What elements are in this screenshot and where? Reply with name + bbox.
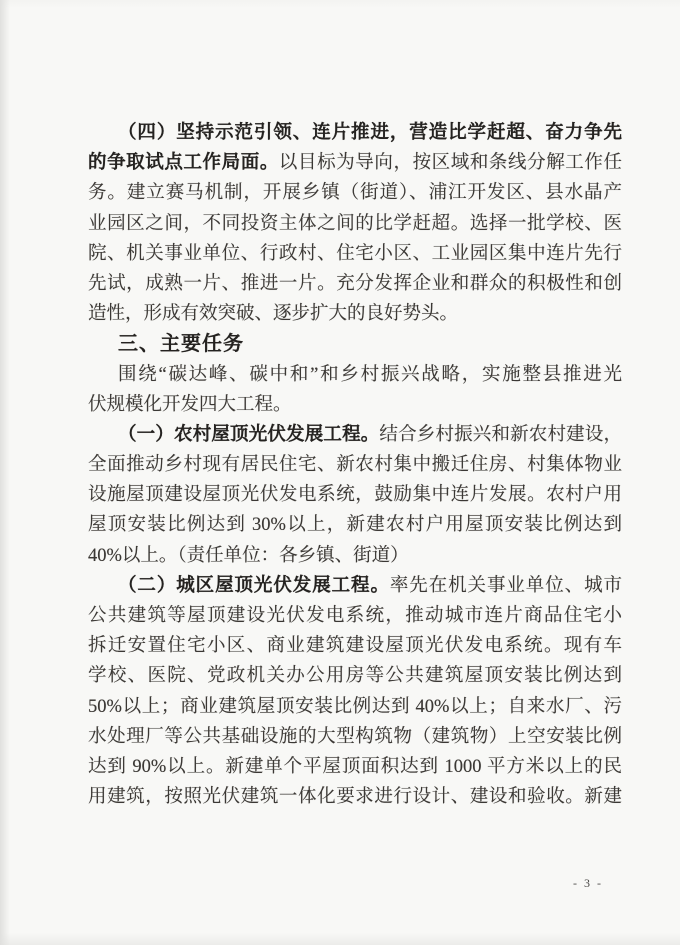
doc-line: 业园区之间，不同投资主体之间的比学赶超。选择一批学校、医	[88, 209, 622, 239]
doc-line: 50%以上；商业建筑屋顶安装比例达到 40%以上；自来水厂、污	[88, 692, 622, 722]
doc-line-text: 达到 90%以上。新建单个平屋顶面积达到 1000 平方米以上的民	[88, 757, 622, 777]
doc-line-text: 用建筑，按照光伏建筑一体化要求进行设计、建设和验收。新建	[88, 787, 622, 807]
doc-line-text: 率先在机关事业单位、城市	[390, 576, 622, 596]
doc-line: 公共建筑等屋顶建设光伏发电系统，推动城市连片商品住宅小区、	[88, 601, 622, 631]
doc-line-text: 务。建立赛马机制，开展乡镇（街道）、浦江开发区、县水晶产	[88, 183, 622, 203]
doc-line-text: 全面推动乡村现有居民住宅、新农村集中搬迁住房、村集体物业	[88, 455, 622, 475]
doc-line: （一）农村屋顶光伏发展工程。结合乡村振兴和新农村建设，	[88, 420, 622, 450]
doc-line: 先试，成熟一片、推进一片。充分发挥企业和群众的积极性和创	[88, 269, 622, 299]
doc-line-bold: 的争取试点工作局面。	[88, 153, 279, 173]
doc-line: 拆迁安置住宅小区、商业建筑建设屋顶光伏发电系统。现有车站、	[88, 631, 622, 661]
doc-line: 造性，形成有效突破、逐步扩大的良好势头。	[88, 299, 622, 329]
doc-line-text: 业园区之间，不同投资主体之间的比学赶超。选择一批学校、医	[88, 214, 622, 234]
doc-line: 40%以上。（责任单位：各乡镇、街道）	[88, 541, 622, 571]
doc-line-text: 伏规模化开发四大工程。	[88, 395, 292, 415]
doc-line: 围绕“碳达峰、碳中和”和乡村振兴战略，实施整县推进光	[88, 360, 622, 390]
section-heading: 三、主要任务	[88, 329, 622, 359]
doc-line-text: 50%以上；商业建筑屋顶安装比例达到 40%以上；自来水厂、污	[88, 697, 622, 717]
section-heading-text: 三、主要任务	[118, 333, 244, 355]
document-page: （四）坚持示范引领、连片推进，营造比学赶超、奋力争先 的争取试点工作局面。以目标…	[0, 0, 680, 945]
doc-line-text: 先试，成熟一片、推进一片。充分发挥企业和群众的积极性和创	[88, 274, 622, 294]
doc-line: 设施屋顶建设屋顶光伏发电系统，鼓励集中连片发展。农村户用	[88, 480, 622, 510]
doc-line: （二）城区屋顶光伏发展工程。率先在机关事业单位、城市	[88, 571, 622, 601]
page-number: - 3 -	[558, 876, 618, 891]
doc-line-bold: （四）坚持示范引领、连片推进，营造比学赶超、奋力争先	[118, 123, 622, 143]
doc-line: 全面推动乡村现有居民住宅、新农村集中搬迁住房、村集体物业	[88, 450, 622, 480]
doc-line: 用建筑，按照光伏建筑一体化要求进行设计、建设和验收。新建	[88, 782, 622, 812]
doc-line: （四）坚持示范引领、连片推进，营造比学赶超、奋力争先	[88, 118, 622, 148]
doc-line-text: 公共建筑等屋顶建设光伏发电系统，推动城市连片商品住宅小区、	[88, 606, 622, 631]
doc-line: 务。建立赛马机制，开展乡镇（街道）、浦江开发区、县水晶产	[88, 178, 622, 208]
doc-line-text: 学校、医院、党政机关办公用房等公共建筑屋顶安装比例达到	[88, 666, 622, 686]
doc-line: 伏规模化开发四大工程。	[88, 390, 622, 420]
doc-line: 学校、医院、党政机关办公用房等公共建筑屋顶安装比例达到	[88, 661, 622, 691]
doc-line-text: 结合乡村振兴和新农村建设，	[379, 425, 622, 445]
doc-line-bold: （一）农村屋顶光伏发展工程。	[118, 425, 379, 445]
doc-line: 达到 90%以上。新建单个平屋顶面积达到 1000 平方米以上的民	[88, 752, 622, 782]
doc-line-text: 40%以上。（责任单位：各乡镇、街道）	[88, 546, 409, 566]
doc-line-text: 造性，形成有效突破、逐步扩大的良好势头。	[88, 304, 458, 324]
doc-line: 院、机关事业单位、行政村、住宅小区、工业园区集中连片先行	[88, 239, 622, 269]
doc-line: 屋顶安装比例达到 30%以上，新建农村户用屋顶安装比例达到	[88, 510, 622, 540]
doc-line-text: 设施屋顶建设屋顶光伏发电系统，鼓励集中连片发展。农村户用	[88, 485, 622, 505]
doc-line-text: 围绕“碳达峰、碳中和”和乡村振兴战略，实施整县推进光	[118, 365, 622, 385]
doc-line: 的争取试点工作局面。以目标为导向，按区域和条线分解工作任	[88, 148, 622, 178]
doc-line-text: 拆迁安置住宅小区、商业建筑建设屋顶光伏发电系统。现有车站、	[88, 636, 622, 661]
doc-line-bold: （二）城区屋顶光伏发展工程。	[118, 576, 390, 596]
document-body: （四）坚持示范引领、连片推进，营造比学赶超、奋力争先 的争取试点工作局面。以目标…	[88, 118, 622, 812]
doc-line-text: 以目标为导向，按区域和条线分解工作任	[279, 153, 622, 173]
doc-line-text: 水处理厂等公共基础设施的大型构筑物（建筑物）上空安装比例	[88, 727, 622, 747]
doc-line-text: 院、机关事业单位、行政村、住宅小区、工业园区集中连片先行	[88, 244, 622, 264]
doc-line: 水处理厂等公共基础设施的大型构筑物（建筑物）上空安装比例	[88, 722, 622, 752]
doc-line-text: 屋顶安装比例达到 30%以上，新建农村户用屋顶安装比例达到	[88, 515, 622, 535]
